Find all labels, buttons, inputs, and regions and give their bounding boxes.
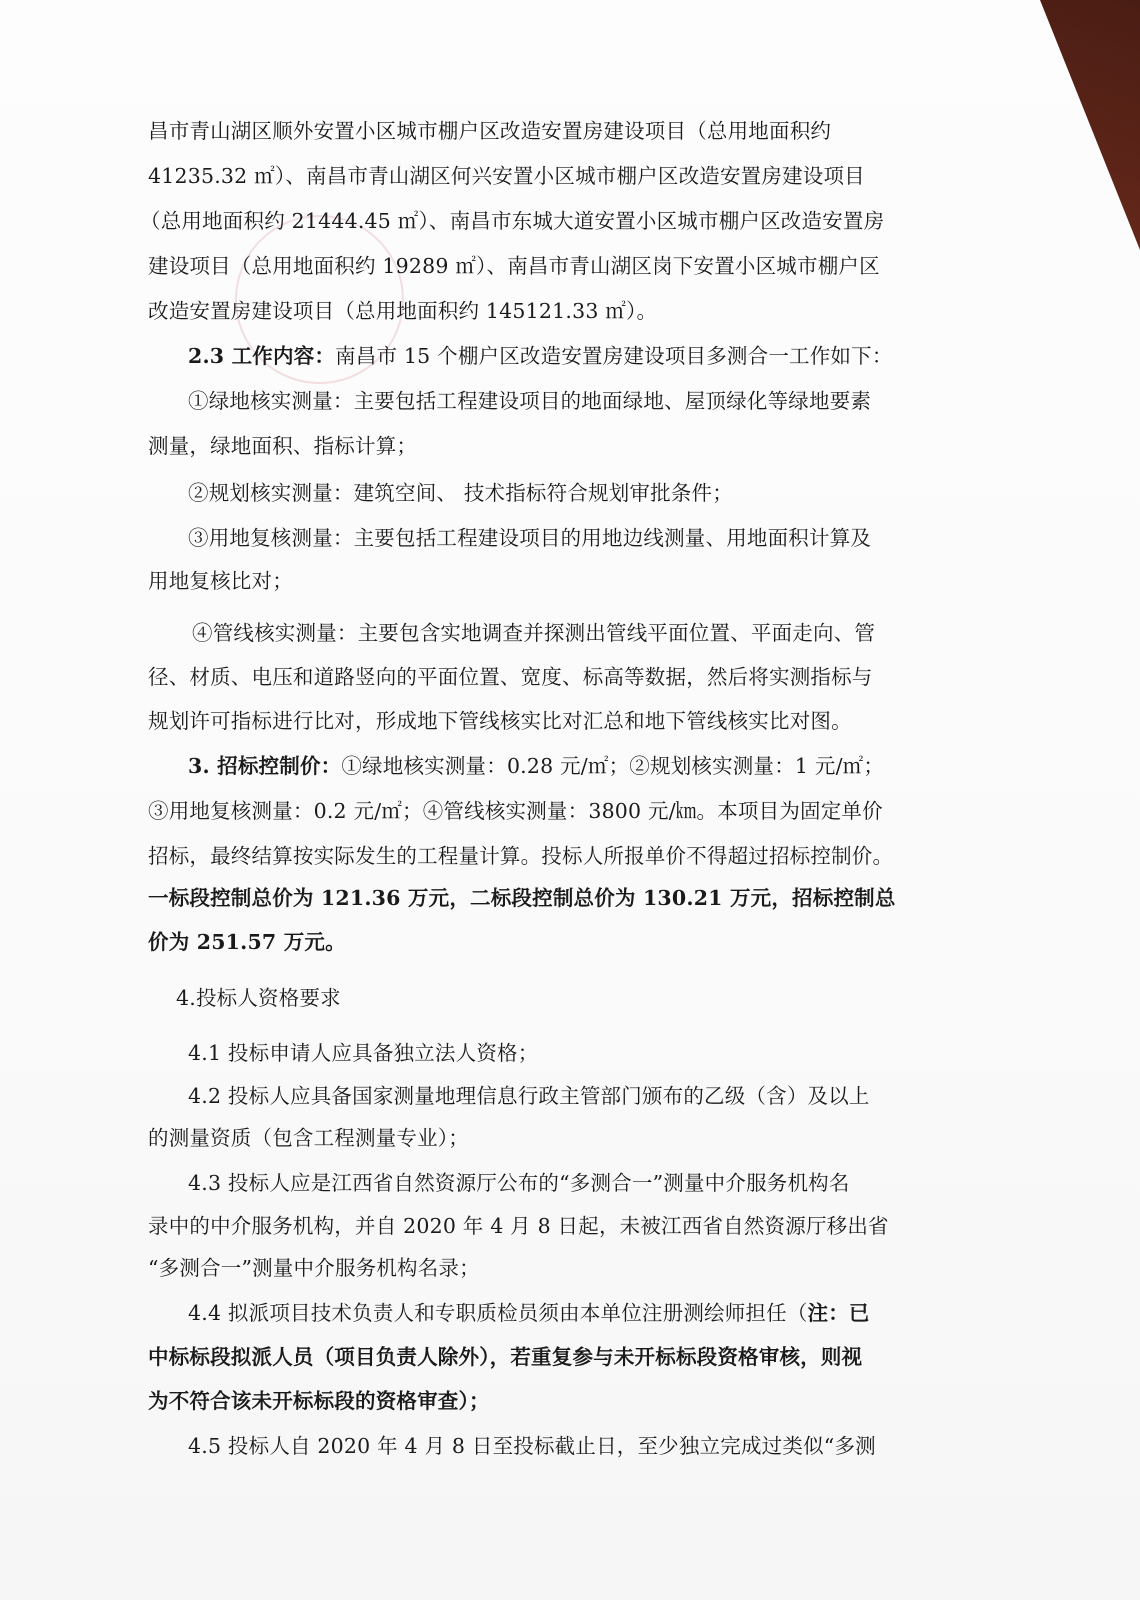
req-note-bold: 中标标段拟派人员（项目负责人除外），若重复参与未开标标段资格审核，则视 <box>148 1344 862 1370</box>
req-note-bold: 为不符合该未开标标段的资格审查）； <box>148 1388 490 1414</box>
text-line: 招标，最终结算按实际发生的工程量计算。投标人所报单价不得超过招标控制价。 <box>148 843 893 869</box>
section-heading: 3. 招标控制价： <box>188 754 341 778</box>
text-line: 录中的中介服务机构，并自 2020 年 4 月 8 日起，未被江西省自然资源厅移… <box>148 1213 889 1239</box>
text-line: 用地复核比对； <box>148 568 293 594</box>
text-line: 41235.32 ㎡）、南昌市青山湖区何兴安置小区城市棚户区改造安置房建设项目 <box>148 163 865 189</box>
section-4-heading: 4.投标人资格要求 <box>176 985 341 1011</box>
list-item-1: ①绿地核实测量：主要包括工程建设项目的地面绿地、屋顶绿化等绿地要素 <box>188 388 871 414</box>
total-price-line: 一标段控制总价为 121.36 万元，二标段控制总价为 130.21 万元，招标… <box>148 885 896 911</box>
text-line: 昌市青山湖区顺外安置小区城市棚户区改造安置房建设项目（总用地面积约 <box>148 118 831 144</box>
list-item-2: ②规划核实测量：建筑空间、 技术指标符合规划审批条件； <box>188 480 733 506</box>
text-line: 改造安置房建设项目（总用地面积约 145121.33 ㎡）。 <box>148 298 657 324</box>
text-line: （总用地面积约 21444.45 ㎡）、南昌市东城大道安置小区城市棚户区改造安置… <box>140 208 884 234</box>
section-2-3: 2.3 工作内容：南昌市 15 个棚户区改造安置房建设项目多测合一工作如下： <box>188 343 893 369</box>
section-3: 3. 招标控制价：①绿地核实测量：0.28 元/㎡；②规划核实测量：1 元/㎡； <box>188 753 884 779</box>
req-4-2: 4.2 投标人应具备国家测量地理信息行政主管部门颁布的乙级（含）及以上 <box>188 1083 870 1109</box>
req-4-1: 4.1 投标申请人应具备独立法人资格； <box>188 1040 538 1066</box>
req-4-5: 4.5 投标人自 2020 年 4 月 8 日至投标截止日，至少独立完成过类似“… <box>188 1433 876 1459</box>
req-note-bold: 注：已 <box>808 1301 870 1325</box>
text-line: 建设项目（总用地面积约 19289 ㎡）、南昌市青山湖区岗下安置小区城市棚户区 <box>148 253 880 279</box>
text-line: 测量，绿地面积、指标计算； <box>148 433 417 459</box>
req-4-4: 4.4 拟派项目技术负责人和专职质检员须由本单位注册测绘师担任（注：已 <box>188 1300 870 1326</box>
list-item-4: ④管线核实测量：主要包含实地调查并探测出管线平面位置、平面走向、管 <box>192 620 875 646</box>
section-text: ①绿地核实测量：0.28 元/㎡；②规划核实测量：1 元/㎡； <box>341 754 884 778</box>
list-item-3: ③用地复核测量：主要包括工程建设项目的用地边线测量、用地面积计算及 <box>188 525 871 551</box>
text-line: ③用地复核测量：0.2 元/㎡；④管线核实测量：3800 元/㎞。本项目为固定单… <box>148 798 883 824</box>
text-line: 的测量资质（包含工程测量专业）； <box>148 1125 469 1151</box>
req-text: 4.4 拟派项目技术负责人和专职质检员须由本单位注册测绘师担任（ <box>188 1301 808 1325</box>
total-price-line: 价为 251.57 万元。 <box>148 929 346 955</box>
text-line: “多测合一”测量中介服务机构名录； <box>148 1255 480 1281</box>
text-line: 径、材质、电压和道路竖向的平面位置、宽度、标高等数据，然后将实测指标与 <box>148 664 873 690</box>
req-4-3: 4.3 投标人应是江西省自然资源厅公布的“多测合一”测量中介服务机构名 <box>188 1170 850 1196</box>
text-line: 规划许可指标进行比对，形成地下管线核实比对汇总和地下管线核实比对图。 <box>148 708 852 734</box>
section-text: 南昌市 15 个棚户区改造安置房建设项目多测合一工作如下： <box>335 344 892 368</box>
section-heading: 2.3 工作内容： <box>188 344 335 368</box>
